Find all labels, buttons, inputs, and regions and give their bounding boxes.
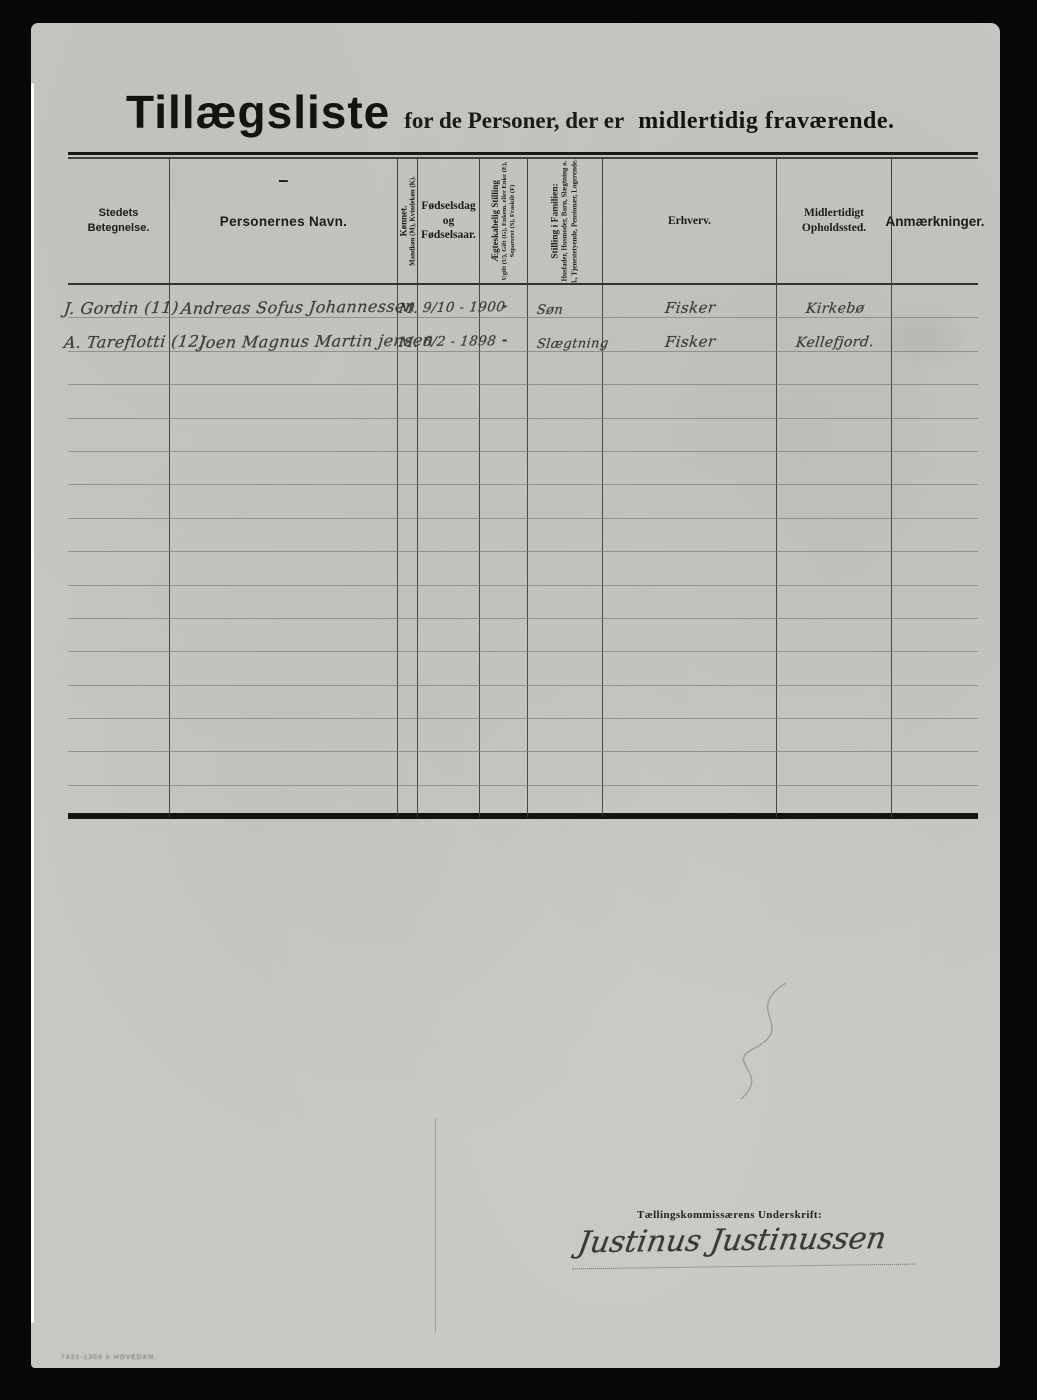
- cell-ophold: [777, 619, 892, 652]
- cell-erhverv: Fisker: [603, 318, 777, 351]
- cell-fodt: [418, 686, 480, 719]
- cell-kon: M.: [398, 285, 418, 318]
- cell-fodt: [418, 452, 480, 485]
- cell-navn: [170, 485, 398, 518]
- cell-anm: [892, 452, 978, 485]
- cell-fodt: [418, 419, 480, 452]
- cell-kon: [398, 485, 418, 518]
- header-erhverv: Erhverv.: [603, 159, 777, 285]
- cell-aegteskab: [480, 786, 528, 819]
- cell-erhverv: [603, 786, 777, 819]
- cell-sted: J. Gordin (11): [68, 285, 170, 318]
- header-anmaerkninger: Anmærkninger.: [892, 159, 978, 285]
- census-table: Stedets Betegnelse. – Personernes Navn. …: [68, 159, 978, 819]
- cell-aegteskab: [480, 652, 528, 685]
- cell-aegteskab: [480, 719, 528, 752]
- cell-fodt: [418, 786, 480, 819]
- cell-kon: [398, 619, 418, 652]
- cell-stilling: Slægtning: [528, 318, 603, 351]
- cell-navn: [170, 619, 398, 652]
- cell-erhverv: Fisker: [603, 285, 777, 318]
- commissioner-signature: Justinus Justinussen: [572, 1221, 922, 1270]
- cell-sted: [68, 619, 170, 652]
- cell-fodt: [418, 352, 480, 385]
- signature-label: Tællingskommissærens Underskrift:: [637, 1209, 822, 1221]
- cell-aegteskab: [480, 552, 528, 585]
- title-divider: [68, 152, 978, 159]
- cell-stilling: [528, 719, 603, 752]
- cell-stilling: [528, 686, 603, 719]
- cell-kon: [398, 719, 418, 752]
- dash-mark: –: [278, 175, 288, 185]
- page-title: Tillægsliste for de Personer, der er mid…: [126, 85, 986, 139]
- paper-crease-mark: [691, 971, 841, 1121]
- cell-anm: [892, 719, 978, 752]
- cell-erhverv: [603, 352, 777, 385]
- cell-aegteskab: [480, 619, 528, 652]
- printer-mark: 7431-1300 A HOVEDKN.: [61, 1354, 157, 1361]
- cell-sted: [68, 552, 170, 585]
- cell-aegteskab: [480, 385, 528, 418]
- scanned-page: Tillægsliste for de Personer, der er mid…: [31, 23, 1000, 1368]
- cell-aegteskab: [480, 352, 528, 385]
- cell-stilling: [528, 786, 603, 819]
- cell-erhverv: [603, 552, 777, 585]
- cell-stilling: [528, 619, 603, 652]
- cell-stilling: [528, 485, 603, 518]
- cell-anm: [892, 419, 978, 452]
- cell-fodt: [418, 385, 480, 418]
- cell-erhverv: [603, 385, 777, 418]
- handwritten-sted: J. Gordin (11): [63, 298, 180, 318]
- cell-kon: [398, 452, 418, 485]
- cell-anm: [892, 619, 978, 652]
- cell-fodt: [418, 552, 480, 585]
- cell-navn: [170, 385, 398, 418]
- cell-ophold: [777, 752, 892, 785]
- cell-navn: [170, 686, 398, 719]
- cell-aegteskab: [480, 752, 528, 785]
- cell-kon: [398, 552, 418, 585]
- scanned-census-form: { "colors": { "paper": "#c8c7c3", "ink":…: [0, 0, 1037, 1400]
- cell-navn: Andreas Sofus Johannessen: [170, 285, 398, 318]
- header-aegteskab-title: Ægteskabelig Stilling: [490, 158, 500, 284]
- cell-navn: [170, 452, 398, 485]
- cell-sted: [68, 586, 170, 619]
- cell-sted: [68, 352, 170, 385]
- cell-kon: [398, 352, 418, 385]
- cell-kon: [398, 752, 418, 785]
- header-aegteskabelig-stilling: Ægteskabelig Stilling Ugift (U), Gift (G…: [480, 159, 528, 285]
- handwritten-stilling: Slægtning: [536, 336, 609, 352]
- cell-anm: [892, 552, 978, 585]
- cell-ophold: [777, 586, 892, 619]
- cell-ophold: [777, 385, 892, 418]
- cell-navn: Joen Magnus Martin jensen: [170, 318, 398, 351]
- cell-anm: [892, 752, 978, 785]
- cell-erhverv: [603, 419, 777, 452]
- cell-anm: [892, 786, 978, 819]
- cell-kon: [398, 519, 418, 552]
- cell-erhverv: [603, 586, 777, 619]
- cell-aegteskab: -: [480, 285, 528, 318]
- title-main: Tillægsliste: [126, 85, 390, 139]
- cell-anm: [892, 586, 978, 619]
- cell-kon: [398, 786, 418, 819]
- cell-aegteskab: -: [480, 318, 528, 351]
- cell-anm: [892, 652, 978, 685]
- header-stilling-title: Stilling i Familien:: [551, 157, 561, 285]
- cell-sted: [68, 519, 170, 552]
- header-opholdssted: Midlertidigt Opholdssted.: [777, 159, 892, 285]
- cell-aegteskab: [480, 686, 528, 719]
- cell-sted: [68, 452, 170, 485]
- cell-kon: [398, 419, 418, 452]
- handwritten-aegteskab: -: [501, 333, 508, 348]
- handwritten-ophold: Kellefjord.: [795, 334, 875, 351]
- cell-sted: [68, 686, 170, 719]
- cell-fodt: 9/10 - 1900: [418, 285, 480, 318]
- cell-ophold: [777, 786, 892, 819]
- header-aegteskab-sub: Ugift (U), Gift (G), Enkem. eller Enke (…: [500, 158, 516, 284]
- title-bold: midlertidig fraværende.: [638, 108, 894, 135]
- cell-sted: A. Tareflotti (12): [68, 318, 170, 351]
- cell-navn: [170, 752, 398, 785]
- cell-ophold: [777, 519, 892, 552]
- cell-erhverv: [603, 619, 777, 652]
- handwritten-navn: Andreas Sofus Johannessen: [180, 297, 417, 318]
- cell-erhverv: [603, 452, 777, 485]
- cell-anm: [892, 686, 978, 719]
- cell-fodt: [418, 485, 480, 518]
- cell-ophold: [777, 652, 892, 685]
- cell-fodt: [418, 719, 480, 752]
- cell-stilling: [528, 385, 603, 418]
- header-stilling-sub: Husfader, Husmoder, Barn, Slægtning o. l…: [561, 157, 579, 285]
- cell-stilling: [528, 586, 603, 619]
- cell-fodt: [418, 519, 480, 552]
- cell-stilling: [528, 652, 603, 685]
- header-personernes-navn: – Personernes Navn.: [170, 159, 398, 285]
- cell-navn: [170, 519, 398, 552]
- cell-stilling: [528, 452, 603, 485]
- cell-ophold: [777, 452, 892, 485]
- cell-navn: [170, 652, 398, 685]
- cell-stilling: [528, 419, 603, 452]
- handwritten-kon: M.: [398, 335, 419, 351]
- cell-aegteskab: [480, 419, 528, 452]
- cell-kon: [398, 686, 418, 719]
- page-edge-highlight: [31, 83, 34, 1323]
- cell-fodt: [418, 652, 480, 685]
- cell-sted: [68, 719, 170, 752]
- handwritten-erhverv: Fisker: [664, 332, 717, 351]
- handwritten-erhverv: Fisker: [664, 299, 717, 318]
- cell-fodt: [418, 586, 480, 619]
- cell-erhverv: [603, 519, 777, 552]
- handwritten-ophold: Kirkebø: [805, 301, 865, 318]
- cell-stilling: Søn: [528, 285, 603, 318]
- cell-sted: [68, 419, 170, 452]
- cell-aegteskab: [480, 519, 528, 552]
- cell-erhverv: [603, 485, 777, 518]
- scan-smudge: [866, 303, 976, 373]
- cell-sted: [68, 385, 170, 418]
- cell-aegteskab: [480, 485, 528, 518]
- handwritten-aegteskab: -: [501, 299, 508, 314]
- cell-ophold: [777, 552, 892, 585]
- cell-fodt: [418, 619, 480, 652]
- cell-navn: [170, 586, 398, 619]
- cell-kon: [398, 586, 418, 619]
- title-mid: for de Personer, der er: [404, 108, 624, 134]
- header-konnet-sub: Mandkøn (M), Kvindekøn (K).: [409, 160, 416, 282]
- cell-fodt: [418, 752, 480, 785]
- cell-navn: [170, 352, 398, 385]
- cell-anm: [892, 519, 978, 552]
- cell-aegteskab: [480, 586, 528, 619]
- header-navn-label: Personernes Navn.: [220, 214, 347, 229]
- cell-stilling: [528, 552, 603, 585]
- header-stedets-betegnelse: Stedets Betegnelse.: [68, 159, 170, 285]
- cell-ophold: [777, 485, 892, 518]
- cell-erhverv: [603, 719, 777, 752]
- cell-navn: [170, 419, 398, 452]
- header-konnet: Kønnet. Mandkøn (M), Kvindekøn (K).: [398, 159, 418, 285]
- handwritten-kon: M.: [398, 301, 419, 317]
- cell-sted: [68, 652, 170, 685]
- cell-anm: [892, 385, 978, 418]
- cell-ophold: [777, 719, 892, 752]
- cell-ophold: [777, 419, 892, 452]
- cell-stilling: [528, 352, 603, 385]
- cell-stilling: [528, 519, 603, 552]
- header-fodselsdag: Fødselsdag og Fødselsaar.: [418, 159, 480, 285]
- cell-navn: [170, 786, 398, 819]
- cell-fodt: 6/2 - 1898: [418, 318, 480, 351]
- cell-navn: [170, 552, 398, 585]
- cell-stilling: [528, 752, 603, 785]
- cell-erhverv: [603, 652, 777, 685]
- cell-sted: [68, 752, 170, 785]
- cell-navn: [170, 719, 398, 752]
- cell-kon: M.: [398, 318, 418, 351]
- cell-erhverv: [603, 752, 777, 785]
- cell-aegteskab: [480, 452, 528, 485]
- cell-kon: [398, 385, 418, 418]
- header-konnet-title: Kønnet.: [399, 160, 409, 282]
- paper-fold-line: [435, 1118, 436, 1333]
- cell-sted: [68, 786, 170, 819]
- cell-sted: [68, 485, 170, 518]
- cell-kon: [398, 652, 418, 685]
- handwritten-stilling: Søn: [536, 303, 564, 318]
- cell-anm: [892, 485, 978, 518]
- header-stilling-i-familien: Stilling i Familien: Husfader, Husmoder,…: [528, 159, 603, 285]
- cell-erhverv: [603, 686, 777, 719]
- cell-ophold: [777, 686, 892, 719]
